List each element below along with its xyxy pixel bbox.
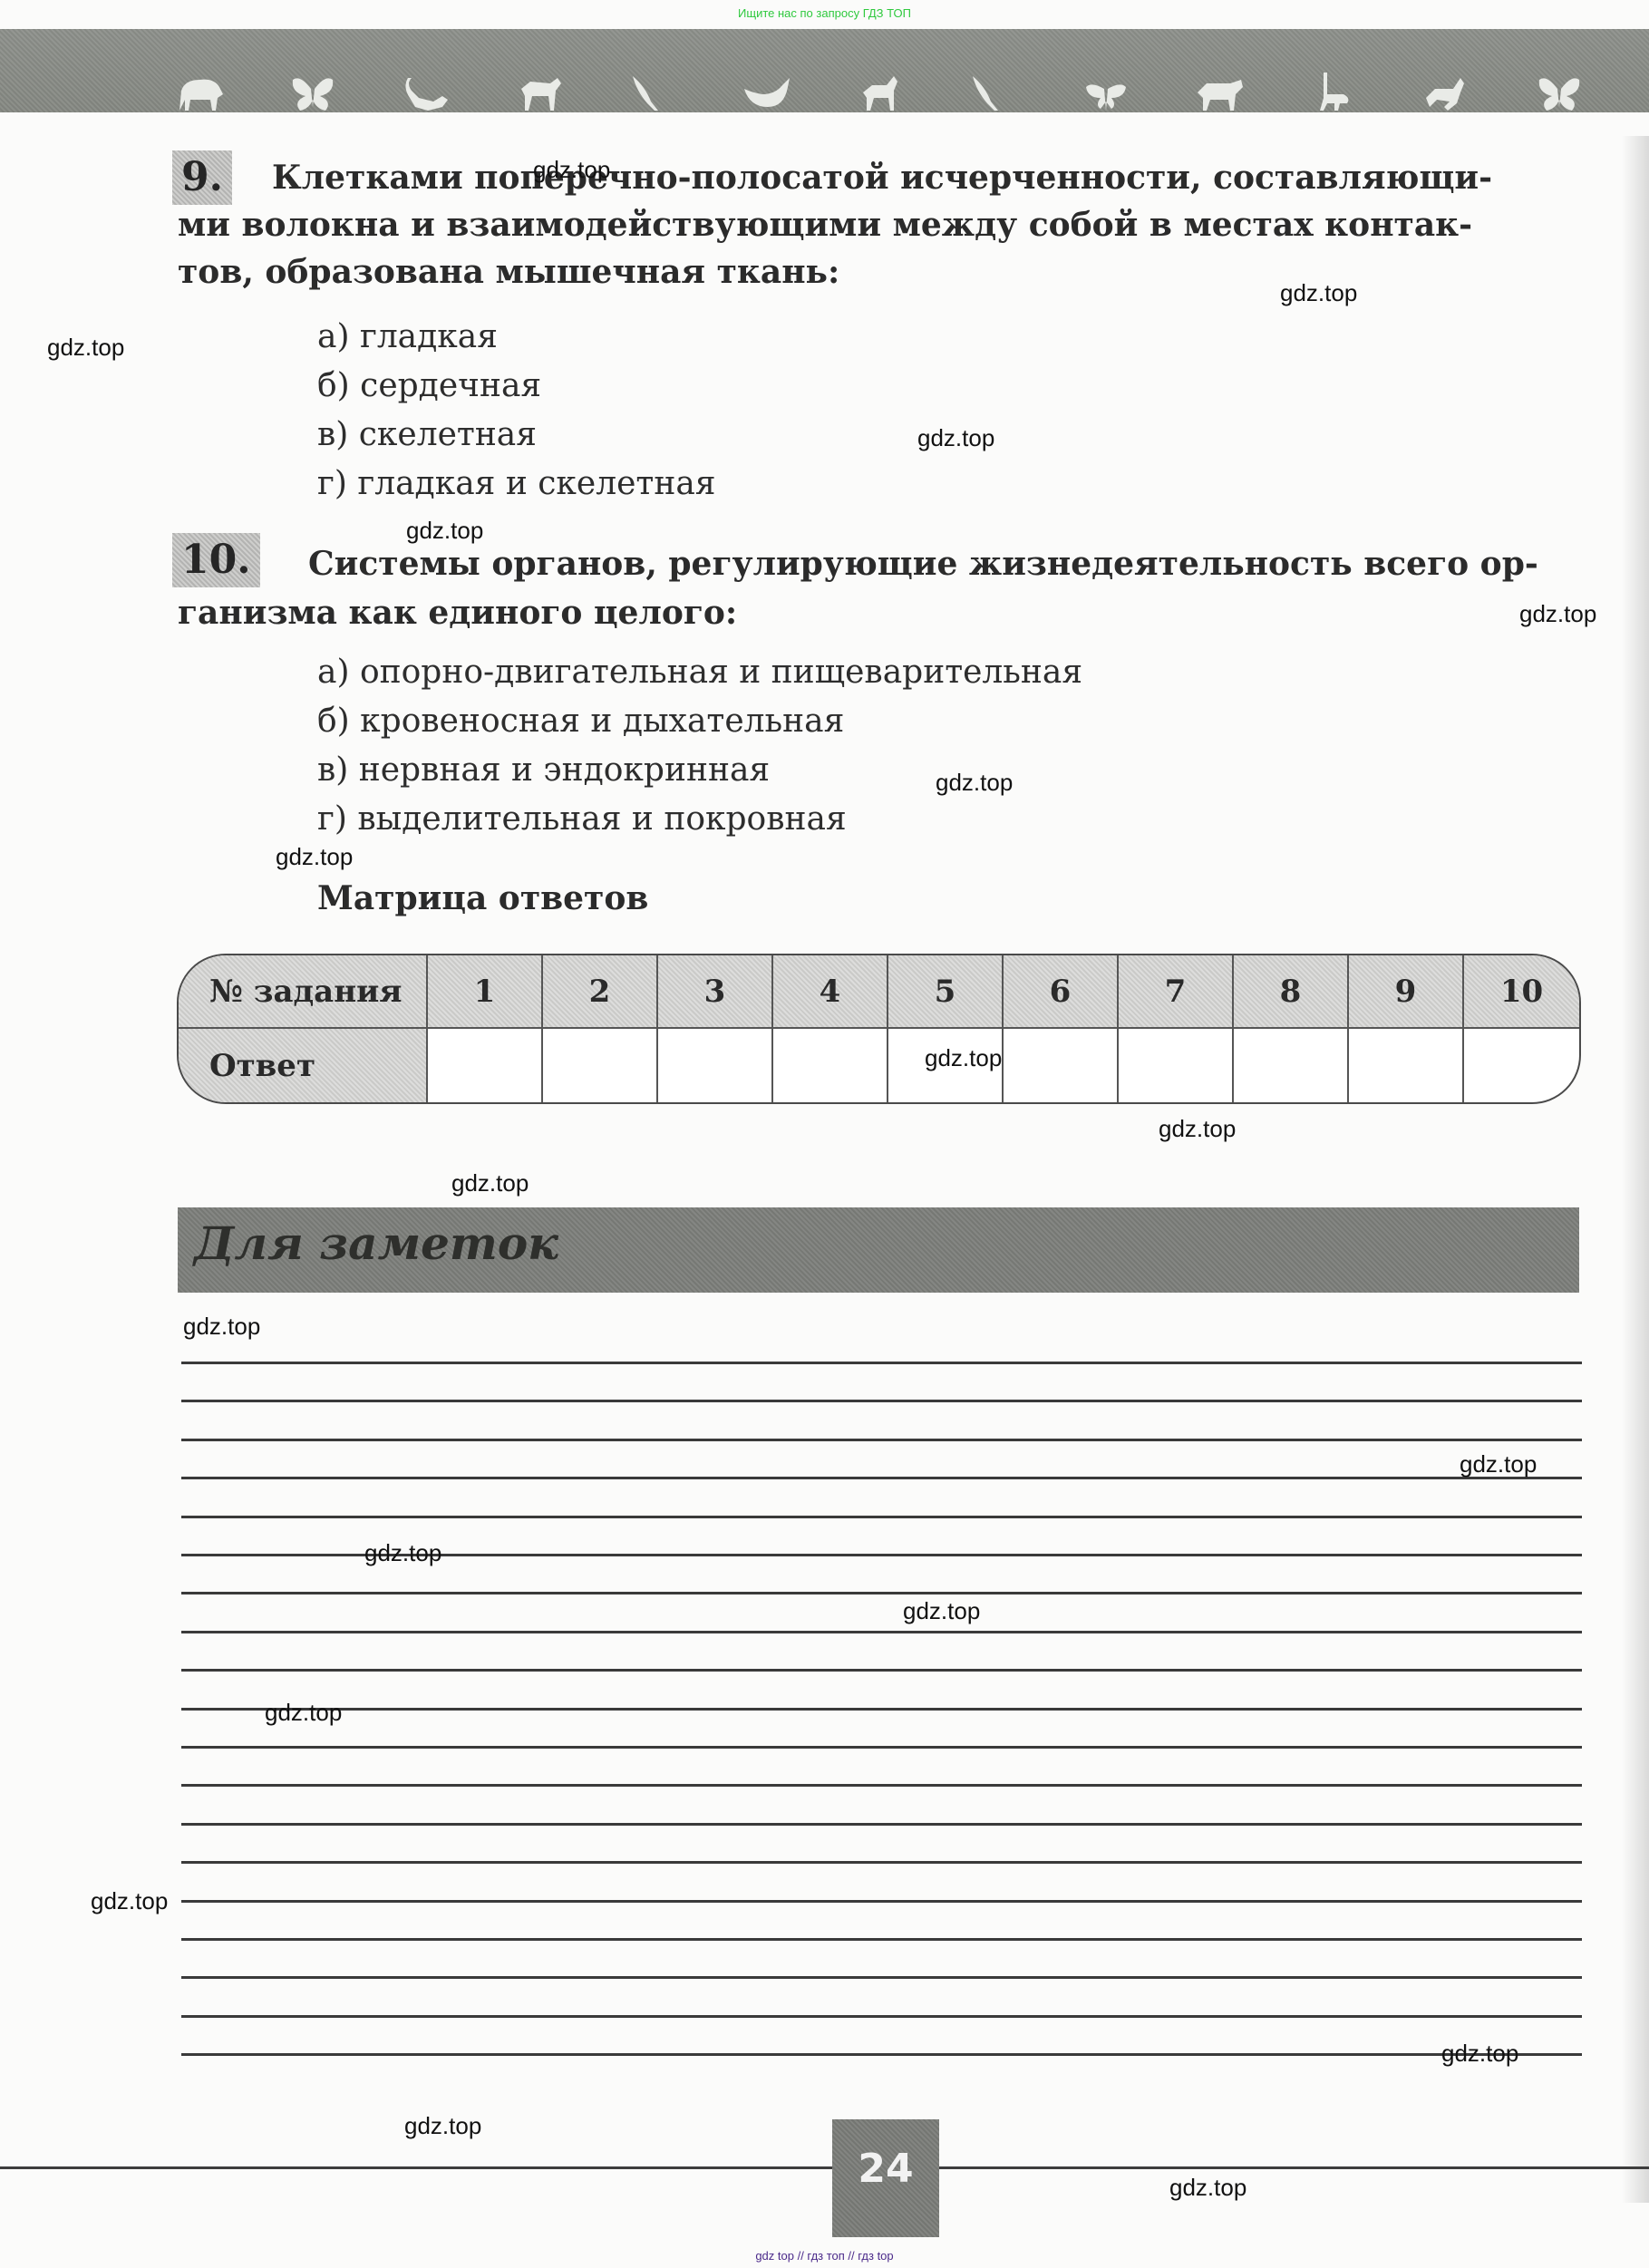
question-9-option-a[interactable]: а) гладкая	[317, 319, 498, 355]
bird-icon	[965, 67, 1020, 112]
whale-icon	[739, 67, 793, 112]
question-10-number: 10.	[172, 533, 260, 587]
matrix-task-number: 10	[1464, 955, 1579, 1029]
matrix-answer-cell[interactable]	[428, 1029, 543, 1102]
matrix-task-number: 6	[1004, 955, 1119, 1029]
question-9-line-2: ми волокна и взаимодействующими между со…	[178, 201, 1577, 248]
note-line[interactable]	[181, 1669, 1582, 1672]
question-10-option-b[interactable]: б) кровеносная и дыхательная	[317, 703, 844, 740]
moth-icon	[1079, 67, 1133, 112]
note-line[interactable]	[181, 2015, 1582, 2018]
question-9-option-d[interactable]: г) гладкая и скелетная	[317, 466, 716, 502]
question-9-option-b[interactable]: б) сердечная	[317, 368, 541, 404]
horse-icon	[512, 67, 567, 112]
notes-header: Для заметок	[178, 1207, 1579, 1293]
matrix-answer-cell[interactable]	[1464, 1029, 1579, 1102]
watermark: gdz.top	[265, 1699, 342, 1726]
bird-icon	[626, 67, 680, 112]
note-line[interactable]	[181, 1976, 1582, 1979]
scorpion-icon	[399, 67, 453, 112]
boar-icon	[1192, 67, 1246, 112]
watermark: gdz.top	[1159, 1115, 1236, 1142]
matrix-task-number: 1	[428, 955, 543, 1029]
note-line[interactable]	[181, 1708, 1582, 1711]
matrix-row-header-task: № задания	[179, 955, 428, 1029]
note-line[interactable]	[181, 1516, 1582, 1518]
matrix-task-number: 4	[773, 955, 888, 1029]
watermark: gdz.top	[404, 2112, 481, 2139]
matrix-task-number: 7	[1119, 955, 1234, 1029]
question-9-line-1: Клетками поперечно-полосатой исчерченнос…	[272, 154, 1577, 201]
note-line[interactable]	[181, 1631, 1582, 1633]
butterfly-icon	[1532, 67, 1586, 112]
ostrich-icon	[1305, 67, 1360, 112]
watermark: gdz.top	[91, 1887, 168, 1914]
matrix-task-number: 8	[1234, 955, 1349, 1029]
matrix-task-number: 2	[543, 955, 658, 1029]
question-10-option-d[interactable]: г) выделительная и покровная	[317, 801, 847, 838]
matrix-task-number: 9	[1349, 955, 1464, 1029]
watermark: gdz.top	[1280, 279, 1357, 306]
question-9-line-3: тов, образована мышечная ткань:	[178, 248, 1577, 296]
note-line[interactable]	[181, 2053, 1582, 2056]
watermark: gdz.top	[364, 1539, 441, 1566]
note-line[interactable]	[181, 1362, 1582, 1364]
matrix-answer-cell[interactable]	[658, 1029, 773, 1102]
answer-matrix: № задания 12345678910Ответ	[177, 954, 1581, 1104]
notes-title: Для заметок	[194, 1216, 558, 1270]
watermark: gdz.top	[276, 843, 353, 870]
watermark: gdz.top	[1460, 1450, 1537, 1478]
watermark: gdz.top	[533, 156, 610, 183]
note-line[interactable]	[181, 1900, 1582, 1903]
watermark: gdz.top	[1441, 2040, 1518, 2067]
question-9-number: 9.	[172, 150, 232, 205]
footer-line-right	[939, 2166, 1649, 2169]
footer-line-left	[0, 2166, 832, 2169]
note-line[interactable]	[181, 1439, 1582, 1441]
question-10-line-2: ганизма как единого целого:	[178, 589, 1577, 636]
watermark: gdz.top	[936, 769, 1013, 796]
note-line[interactable]	[181, 1938, 1582, 1941]
page-number: 24	[832, 2119, 939, 2237]
butterfly-icon	[286, 67, 340, 112]
watermark: gdz.top	[47, 334, 124, 361]
watermark: gdz.top	[406, 517, 483, 544]
note-line[interactable]	[181, 1784, 1582, 1787]
watermark: gdz.top	[1169, 2174, 1246, 2201]
watermark: gdz.top	[925, 1044, 1002, 1071]
matrix-answer-cell[interactable]	[1119, 1029, 1234, 1102]
answer-matrix-title: Матрица ответов	[317, 879, 648, 917]
question-10-option-a[interactable]: а) опорно-двигательная и пищеварительная	[317, 654, 1082, 691]
question-10-line-1: Системы органов, регулирующие жизнедеяте…	[308, 540, 1577, 587]
animal-silhouettes	[172, 63, 1586, 112]
note-line[interactable]	[181, 1746, 1582, 1749]
note-line[interactable]	[181, 1861, 1582, 1864]
watermark: gdz.top	[903, 1597, 980, 1624]
matrix-answer-cell[interactable]	[1004, 1029, 1119, 1102]
watermark: gdz.top	[917, 424, 994, 451]
matrix-answer-cell[interactable]	[543, 1029, 658, 1102]
watermark: gdz.top	[1519, 600, 1596, 627]
matrix-answer-cell[interactable]	[1349, 1029, 1464, 1102]
gazelle-icon	[1419, 67, 1473, 112]
note-line[interactable]	[181, 1477, 1582, 1479]
matrix-answer-cell[interactable]	[1234, 1029, 1349, 1102]
matrix-task-number: 5	[888, 955, 1004, 1029]
page-edge-shadow	[1622, 136, 1649, 2203]
watermark: gdz.top	[451, 1169, 529, 1197]
note-line[interactable]	[181, 1592, 1582, 1594]
bison-icon	[172, 67, 227, 112]
note-line[interactable]	[181, 1400, 1582, 1402]
watermark: gdz.top	[183, 1313, 260, 1340]
bottom-banner: gdz top // гдз топ // гдз top	[0, 2244, 1649, 2268]
matrix-answer-cell[interactable]	[773, 1029, 888, 1102]
antelope-icon	[852, 67, 907, 112]
top-banner: Ищите нас по запросу ГДЗ ТОП	[0, 0, 1649, 27]
note-line[interactable]	[181, 1823, 1582, 1826]
question-10-option-c[interactable]: в) нервная и эндокринная	[317, 752, 770, 789]
matrix-task-number: 3	[658, 955, 773, 1029]
matrix-row-header-answer: Ответ	[179, 1029, 428, 1102]
question-9-option-c[interactable]: в) скелетная	[317, 417, 537, 453]
